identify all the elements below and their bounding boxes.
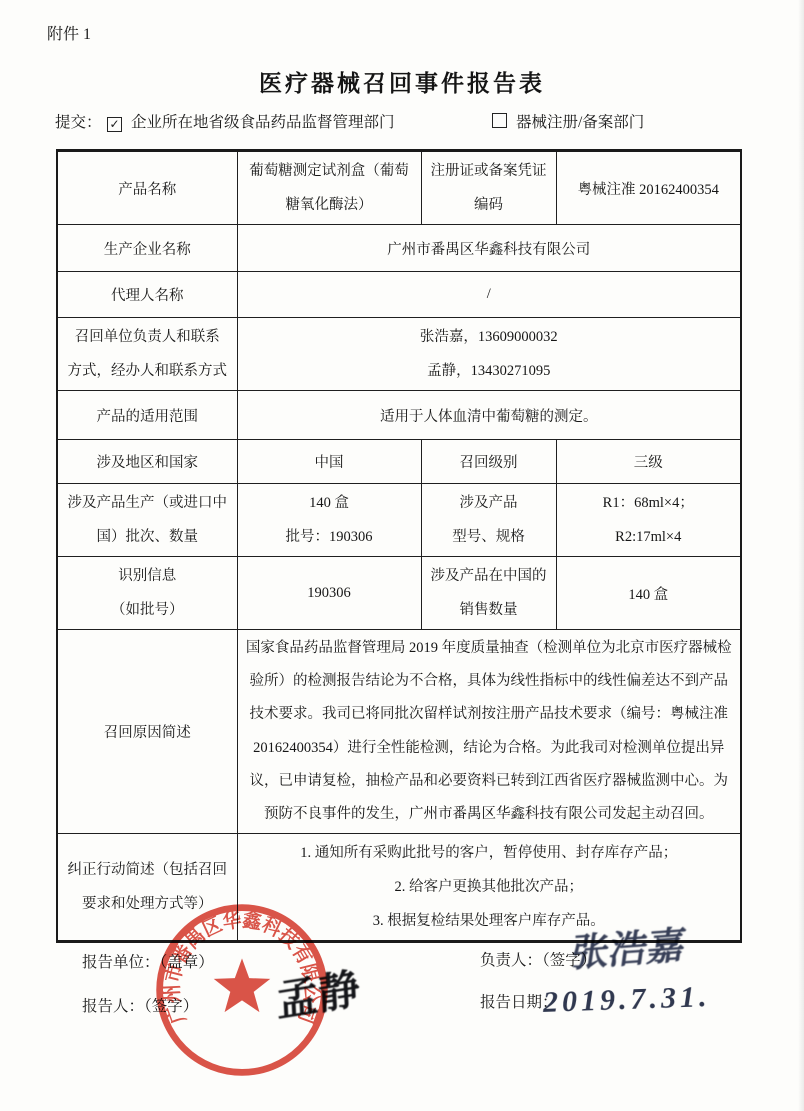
table-row: 召回原因简述 国家食品药品监督管理局 2019 年度质量抽查（检测单位为北京市医…: [57, 630, 741, 834]
cell-manufacturer-value: 广州市番禺区华鑫科技有限公司: [237, 225, 741, 272]
scan-edge-shadow: [798, 0, 804, 1111]
table-row: 识别信息 （如批号） 190306 涉及产品在中国的 销售数量 140 盒: [57, 557, 741, 630]
table-row: 涉及地区和国家 中国 召回级别 三级: [57, 440, 741, 484]
cell-regions-value: 中国: [237, 440, 421, 484]
cell-china-sales-label: 涉及产品在中国的 销售数量: [421, 557, 556, 630]
submit-label: 提交：: [55, 110, 102, 132]
table-row: 涉及产品生产（或进口中 国）批次、数量 140 盒 批号：190306 涉及产品…: [57, 484, 741, 557]
table-row: 产品的适用范围 适用于人体血清中葡萄糖的测定。: [57, 391, 741, 440]
table-row: 召回单位负责人和联系 方式，经办人和联系方式 张浩嘉，13609000032 孟…: [57, 318, 741, 391]
cell-identification-value: 190306: [237, 557, 421, 630]
submit-option-province-label: 企业所在地省级食品药品监督管理部门: [131, 114, 395, 131]
submit-row: 提交： ✓企业所在地省级食品药品监督管理部门 器械注册/备案部门: [55, 110, 765, 134]
cell-recall-level-value: 三级: [556, 440, 741, 484]
checkbox-unchecked-icon: [492, 113, 507, 128]
checkbox-checked-icon: ✓: [107, 117, 122, 132]
cell-recall-contact-value: 张浩嘉，13609000032 孟静，13430271095: [237, 318, 741, 391]
reporter-signature-handwriting: 孟静: [275, 955, 361, 1028]
cell-model-spec-value: R1：68ml×4； R2:17ml×4: [556, 484, 741, 557]
cell-batch-qty-label: 涉及产品生产（或进口中 国）批次、数量: [57, 484, 237, 557]
table-row: 产品名称 葡萄糖测定试剂盒（葡萄 糖氧化酶法） 注册证或备案凭证 编码 粤械注准…: [57, 151, 741, 225]
cell-agent-value: /: [237, 272, 741, 318]
table-row: 生产企业名称 广州市番禺区华鑫科技有限公司: [57, 225, 741, 272]
cell-registration-value: 粤械注准 20162400354: [556, 151, 741, 225]
cell-china-sales-value: 140 盒: [556, 557, 741, 630]
cell-scope-value: 适用于人体血清中葡萄糖的测定。: [237, 391, 741, 440]
cell-batch-qty-value: 140 盒 批号：190306: [237, 484, 421, 557]
cell-scope-label: 产品的适用范围: [57, 391, 237, 440]
responsible-signature-handwriting: 张浩嘉: [568, 914, 690, 978]
cell-registration-label: 注册证或备案凭证 编码: [421, 151, 556, 225]
cell-identification-label: 识别信息 （如批号）: [57, 557, 237, 630]
scanned-recall-report-page: 附件 1 医疗器械召回事件报告表 提交： ✓企业所在地省级食品药品监督管理部门 …: [0, 0, 804, 1111]
page-title: 医疗器械召回事件报告表: [0, 65, 804, 98]
table-row: 代理人名称 /: [57, 272, 741, 318]
report-date-handwriting: 2019.7.31.: [542, 980, 711, 1020]
cell-regions-label: 涉及地区和国家: [57, 440, 237, 484]
cell-manufacturer-label: 生产企业名称: [57, 225, 237, 272]
submit-option-registration: 器械注册/备案部门: [492, 110, 644, 132]
cell-recall-contact-label: 召回单位负责人和联系 方式，经办人和联系方式: [57, 318, 237, 391]
attachment-label: 附件 1: [47, 21, 91, 44]
cell-recall-reason-label: 召回原因简述: [57, 630, 237, 834]
cell-agent-label: 代理人名称: [57, 272, 237, 318]
cell-product-name-label: 产品名称: [57, 151, 237, 225]
cell-product-name-value: 葡萄糖测定试剂盒（葡萄 糖氧化酶法）: [237, 151, 421, 225]
recall-report-table: 产品名称 葡萄糖测定试剂盒（葡萄 糖氧化酶法） 注册证或备案凭证 编码 粤械注准…: [56, 149, 742, 943]
submit-option-province: ✓企业所在地省级食品药品监督管理部门: [107, 110, 395, 132]
star-icon: [214, 958, 271, 1012]
cell-model-spec-label: 涉及产品 型号、规格: [421, 484, 556, 557]
cell-recall-level-label: 召回级别: [421, 440, 556, 484]
cell-recall-reason-value: 国家食品药品监督管理局 2019 年度质量抽查（检测单位为北京市医疗器械检验所）…: [237, 630, 741, 834]
submit-option-registration-label: 器械注册/备案部门: [516, 114, 644, 131]
